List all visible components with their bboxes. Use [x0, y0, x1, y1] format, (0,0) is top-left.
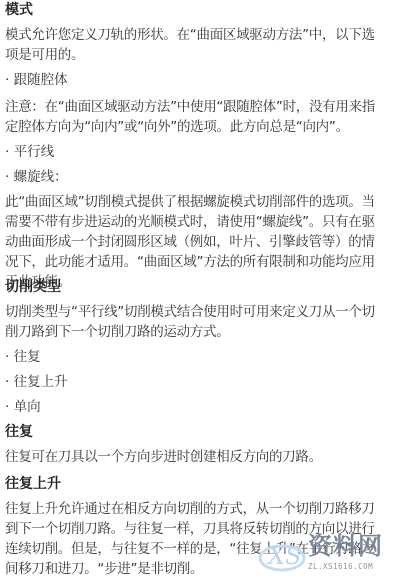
heading-zigzag: 往复 [5, 422, 33, 442]
watermark-title: 资料网 [308, 532, 383, 560]
svg-text:XS: XS [266, 542, 302, 570]
heading-mode: 模式 [5, 0, 33, 20]
watermark-url: ZL.XS1616.COM [308, 562, 373, 571]
paragraph-cut-type: 切削类型与“平行线”切削模式结合使用时可用来定义刀从一个切削刀路到下一个切削刀路… [5, 302, 375, 342]
list-item-spiral: · 螺旋线： [5, 167, 68, 187]
heading-cut-type: 切削类型 [5, 277, 61, 297]
note-follow-cavity: 注意：在“曲面区域驱动方法”中使用“跟随腔体”时，没有用来指定腔体方向为“向内”… [5, 97, 375, 137]
paragraph-mode-intro: 模式允许您定义刀轨的形状。在“曲面区域驱动方法”中，以下选项是可用的。 [5, 25, 375, 65]
watermark: XS 资料网 ZL.XS1616.COM [258, 532, 395, 580]
paragraph-zigzag: 往复可在刀具以一个方向步进时创建相反方向的刀路。 [5, 447, 375, 467]
list-item-zig: · 单向 [5, 397, 41, 417]
heading-zigzag-lift: 往复上升 [5, 474, 61, 494]
list-item-follow-cavity: · 跟随腔体 [5, 70, 68, 90]
list-item-parallel-lines: · 平行线 [5, 142, 54, 162]
list-item-zigzag-lift: · 往复上升 [5, 372, 68, 392]
xs-logo-icon: XS [258, 534, 308, 574]
list-item-zigzag: · 往复 [5, 347, 41, 367]
